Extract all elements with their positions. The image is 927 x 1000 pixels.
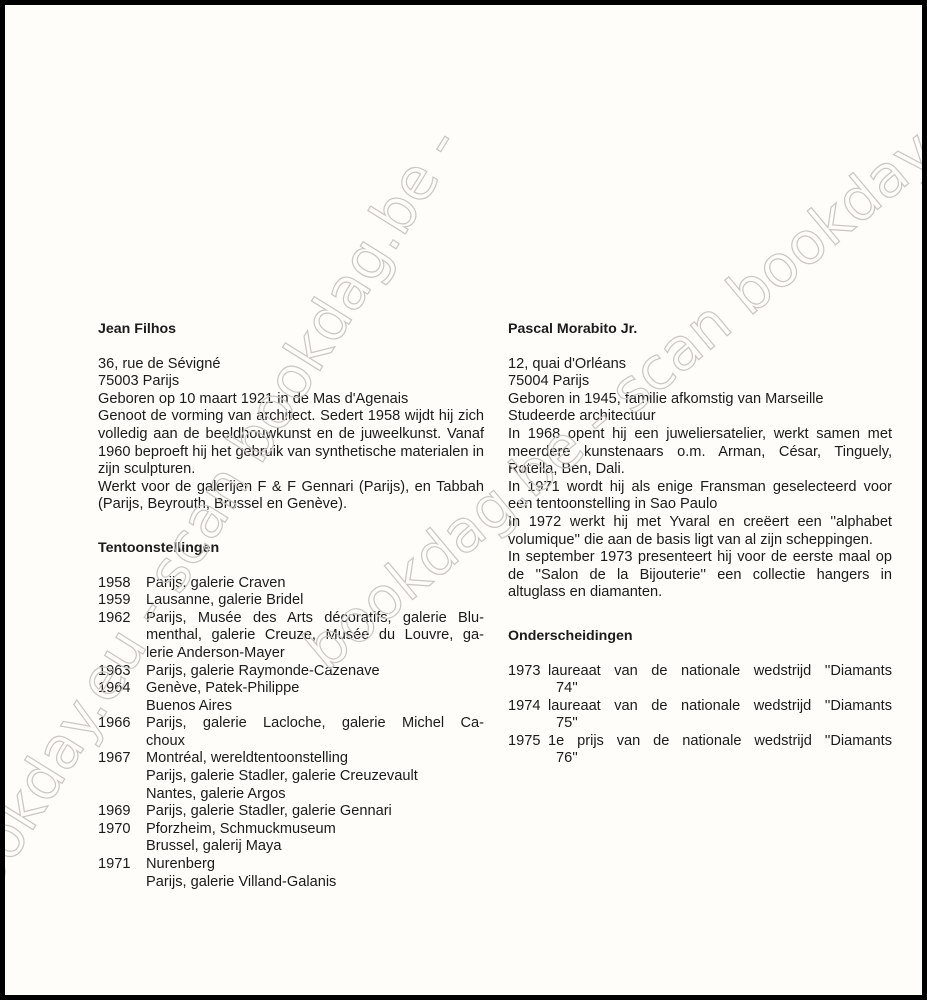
exhibition-venues: Pforzheim, SchmuckmuseumBrussel, galerij…: [146, 821, 484, 856]
education-info: Studeerde architectuur: [508, 408, 892, 426]
award-description-cont: 74'': [508, 680, 892, 698]
awards-list: 1973laureaat van de nationale wedstrijd …: [508, 663, 892, 769]
biography: Genoot de vorming van architect. Sedert …: [98, 408, 484, 478]
address-street: 12, quai d'Orléans: [508, 356, 892, 374]
exhibition-year: 1966: [98, 715, 146, 750]
exhibition-year: 1969: [98, 803, 146, 821]
exhibition-entry: 1962Parijs, Musée des Arts décoratifs, g…: [98, 610, 484, 663]
exhibition-entry: 1958Parijs, galerie Craven: [98, 575, 484, 593]
exhibition-venues: Parijs, galerie Raymonde-Cazenave: [146, 663, 484, 681]
artist-name: Pascal Morabito Jr.: [508, 321, 892, 339]
exhibition-entry: 1967Montréal, wereldtentoonstellingParij…: [98, 750, 484, 803]
exhibition-year: 1971: [98, 856, 146, 891]
birth-info: Geboren op 10 maart 1921 in de Mas d'Age…: [98, 391, 484, 409]
exhibition-venues: NurenbergParijs, galerie Villand-Galanis: [146, 856, 484, 891]
exhibition-entry: 1970Pforzheim, SchmuckmuseumBrussel, gal…: [98, 821, 484, 856]
exhibition-year: 1958: [98, 575, 146, 593]
exhibitions-list: 1958Parijs, galerie Craven1959Lausanne, …: [98, 575, 484, 892]
address-street: 36, rue de Sévigné: [98, 356, 484, 374]
bio-1972: In 1972 werkt hij met Yvaral en creëert …: [508, 514, 892, 549]
award-description: laureaat van de nationale wedstrijd ''Di…: [548, 663, 892, 681]
exhibition-venues: Parijs, Musée des Arts décoratifs, galer…: [146, 610, 484, 663]
exhibition-venues: Parijs, galerie Craven: [146, 575, 484, 593]
exhibitions-heading: Tentoonstellingen: [98, 540, 484, 558]
exhibition-entry: 1971NurenbergParijs, galerie Villand-Gal…: [98, 856, 484, 891]
artist-column-pascal-morabito: Pascal Morabito Jr. 12, quai d'Orléans 7…: [508, 321, 892, 768]
exhibition-venues: Lausanne, galerie Bridel: [146, 592, 484, 610]
address-city: 75003 Parijs: [98, 373, 484, 391]
exhibition-venues: Parijs, galerie Stadler, galerie Gennari: [146, 803, 484, 821]
artist-name: Jean Filhos: [98, 321, 484, 339]
bio-1973: In september 1973 presenteert hij voor d…: [508, 549, 892, 602]
award-entry: 19751e prijs van de nationale wedstrijd …: [508, 733, 892, 751]
award-year: 1973: [508, 663, 548, 681]
exhibition-year: 1967: [98, 750, 146, 803]
awards-heading: Onderscheidingen: [508, 628, 892, 646]
award-entry: 1974laureaat van de nationale wedstrijd …: [508, 698, 892, 716]
exhibition-entry: 1959Lausanne, galerie Bridel: [98, 592, 484, 610]
award-description-cont: 75'': [508, 715, 892, 733]
award-description-cont: 76'': [508, 750, 892, 768]
bio-1971: In 1971 wordt hij als enige Fransman ges…: [508, 479, 892, 514]
exhibition-year: 1963: [98, 663, 146, 681]
scanned-page: Jean Filhos 36, rue de Sévigné 75003 Par…: [5, 5, 922, 995]
exhibition-entry: 1966Parijs, galerie Lacloche, galerie Mi…: [98, 715, 484, 750]
exhibition-entry: 1964Genève, Patek-PhilippeBuenos Aires: [98, 680, 484, 715]
exhibition-year: 1962: [98, 610, 146, 663]
bio-1968: In 1968 opent hij een juweliersatelier, …: [508, 426, 892, 479]
exhibition-venues: Genève, Patek-PhilippeBuenos Aires: [146, 680, 484, 715]
award-description: 1e prijs van de nationale wedstrijd ''Di…: [548, 733, 892, 751]
exhibition-entry: 1969Parijs, galerie Stadler, galerie Gen…: [98, 803, 484, 821]
galleries-info: Werkt voor de galerijen F & F Gennari (P…: [98, 479, 484, 514]
birth-info: Geboren in 1945, familie afkomstig van M…: [508, 391, 892, 409]
address-city: 75004 Parijs: [508, 373, 892, 391]
award-description: laureaat van de nationale wedstrijd ''Di…: [548, 698, 892, 716]
award-year: 1974: [508, 698, 548, 716]
artist-column-jean-filhos: Jean Filhos 36, rue de Sévigné 75003 Par…: [98, 321, 484, 891]
exhibition-year: 1970: [98, 821, 146, 856]
exhibition-venues: Montréal, wereldtentoonstellingParijs, g…: [146, 750, 484, 803]
exhibition-venues: Parijs, galerie Lacloche, galerie Michel…: [146, 715, 484, 750]
exhibition-entry: 1963Parijs, galerie Raymonde-Cazenave: [98, 663, 484, 681]
award-entry: 1973laureaat van de nationale wedstrijd …: [508, 663, 892, 681]
award-year: 1975: [508, 733, 548, 751]
exhibition-year: 1959: [98, 592, 146, 610]
exhibition-year: 1964: [98, 680, 146, 715]
